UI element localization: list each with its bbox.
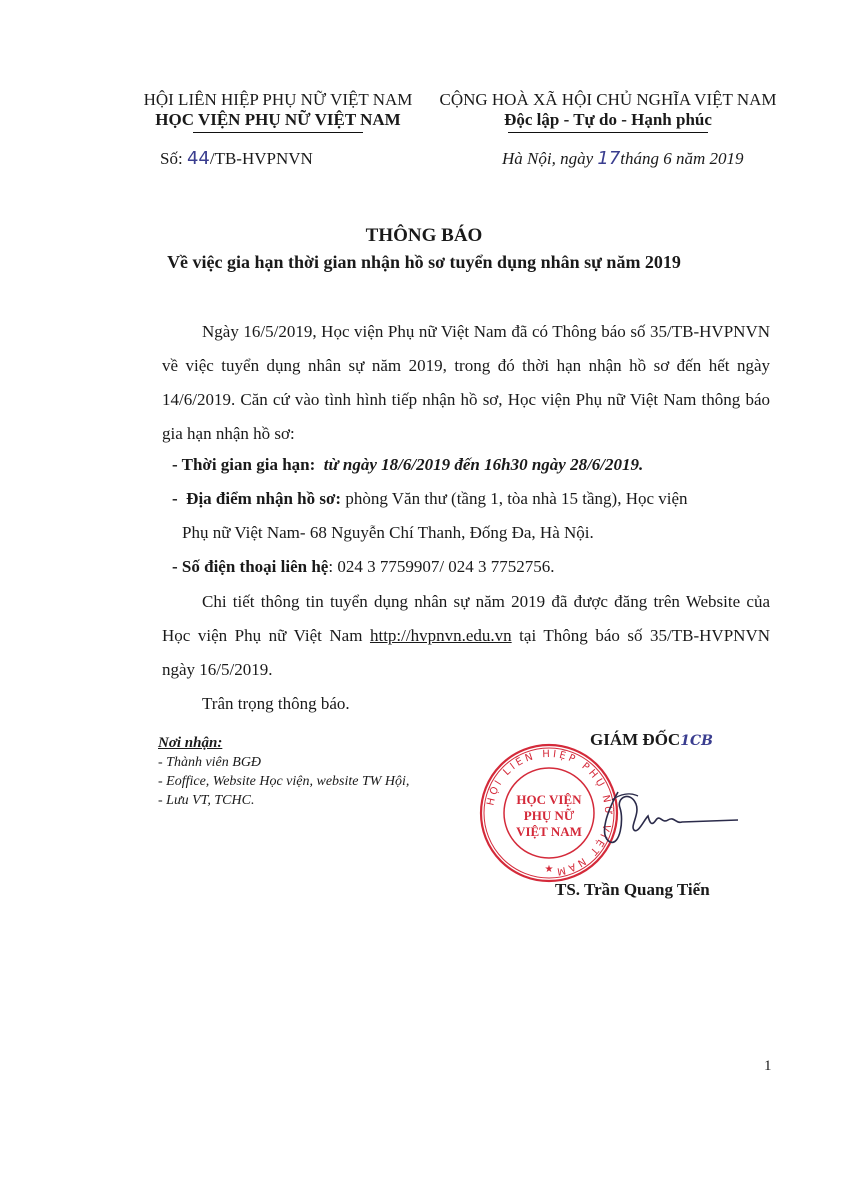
bullet-dash: - <box>172 489 186 508</box>
bullet-label: Thời gian gia hạn: <box>182 455 316 474</box>
website-link[interactable]: http://hvpnvn.edu.vn <box>370 626 512 645</box>
svg-text:HỌC VIỆN: HỌC VIỆN <box>516 792 582 807</box>
bullet-location: - Địa điểm nhận hồ sơ: phòng Văn thư (tầ… <box>172 482 770 550</box>
bullet-phone: - Số điện thoại liên hệ: 024 3 7759907/ … <box>172 550 770 584</box>
signature-icon <box>590 780 740 850</box>
motto: Độc lập - Tự do - Hạnh phúc <box>428 110 788 130</box>
bullet-label: Địa điểm nhận hồ sơ: <box>186 489 341 508</box>
parent-organization: HỘI LIÊN HIỆP PHỤ NỮ VIỆT NAM <box>128 90 428 110</box>
document-subtitle: Về việc gia hạn thời gian nhận hồ sơ tuy… <box>0 252 848 273</box>
details-paragraph: Chi tiết thông tin tuyển dụng nhân sự nă… <box>162 585 770 687</box>
intro-paragraph: Ngày 16/5/2019, Học viện Phụ nữ Việt Nam… <box>162 315 770 451</box>
signatory-title: GIÁM ĐỐC1CB <box>590 730 713 750</box>
recipients-block: Nơi nhận: - Thành viên BGĐ - Eoffice, We… <box>158 734 409 810</box>
document-title: THÔNG BÁO <box>0 225 848 247</box>
doc-number-suffix: /TB-HVPNVN <box>210 149 313 168</box>
bullet-dash: - <box>172 455 182 474</box>
doc-number-prefix: Số: <box>160 149 187 168</box>
svg-text:★: ★ <box>545 864 554 875</box>
date-line: Hà Nội, ngày 17tháng 6 năm 2019 <box>502 148 744 169</box>
signatory-name: TS. Trần Quang Tiến <box>555 880 710 900</box>
bullet-value-continued: Phụ nữ Việt Nam- 68 Nguyễn Chí Thanh, Đố… <box>172 516 770 550</box>
bullet-value: từ ngày 18/6/2019 đến 16h30 ngày 28/6/20… <box>324 455 644 474</box>
document-number: Số: 44/TB-HVPNVN <box>160 148 313 169</box>
national-header: CỘNG HOÀ XÃ HỘI CHỦ NGHĨA VIỆT NAM Độc l… <box>428 90 788 133</box>
date-day-handwritten: 17 <box>597 148 620 169</box>
divider <box>508 132 708 133</box>
organization-name: HỌC VIỆN PHỤ NỮ VIỆT NAM <box>128 110 428 130</box>
recipients-heading: Nơi nhận: <box>158 734 409 753</box>
bullet-label: Số điện thoại liên hệ <box>182 557 328 576</box>
recipient-item: - Lưu VT, TCHC. <box>158 791 409 810</box>
doc-number-handwritten: 44 <box>187 148 210 169</box>
country-name: CỘNG HOÀ XÃ HỘI CHỦ NGHĨA VIỆT NAM <box>428 90 788 110</box>
svg-text:PHỤ NỮ: PHỤ NỮ <box>524 808 575 823</box>
divider <box>193 132 363 133</box>
bullet-value: : 024 3 7759907/ 024 3 7752756. <box>328 557 554 576</box>
handwritten-initials: 1CB <box>680 733 713 749</box>
bullet-dash: - <box>172 557 182 576</box>
document-page: HỘI LIÊN HIỆP PHỤ NỮ VIỆT NAM HỌC VIỆN P… <box>0 0 848 1200</box>
page-number: 1 <box>764 1058 772 1075</box>
recipient-item: - Thành viên BGĐ <box>158 753 409 772</box>
closing-line: Trân trọng thông báo. <box>162 687 770 721</box>
svg-text:VIỆT NAM: VIỆT NAM <box>516 824 582 839</box>
bullet-value: phòng Văn thư (tầng 1, tòa nhà 15 tầng),… <box>345 489 687 508</box>
date-suffix: tháng 6 năm 2019 <box>620 149 743 168</box>
bullet-extension-period: - Thời gian gia hạn: từ ngày 18/6/2019 đ… <box>172 448 770 482</box>
date-prefix: Hà Nội, ngày <box>502 149 597 168</box>
recipient-item: - Eoffice, Website Học viện, website TW … <box>158 772 409 791</box>
signatory-title-text: GIÁM ĐỐC <box>590 730 680 749</box>
issuer-block: HỘI LIÊN HIỆP PHỤ NỮ VIỆT NAM HỌC VIỆN P… <box>128 90 428 133</box>
